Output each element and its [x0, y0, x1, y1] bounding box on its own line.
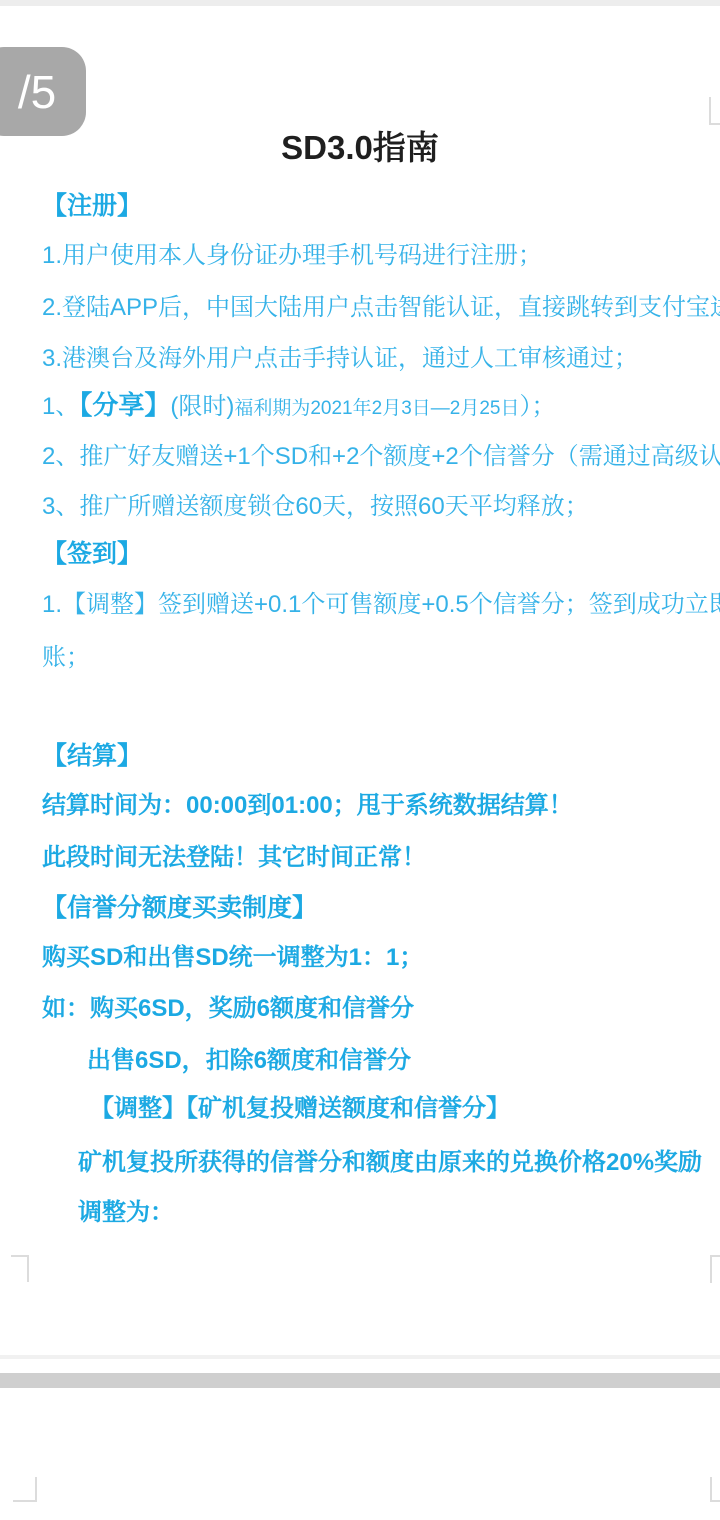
checkin-item-1-line-2: 账；	[42, 643, 90, 673]
register-item-3: 3.港澳台及海外用户点击手持认证，通过人工审核通过；	[42, 344, 638, 374]
page-gap-strip	[0, 1373, 720, 1388]
share-item-1-title: 【分享】	[79, 390, 170, 420]
share-item-1-number: 1、	[42, 393, 79, 420]
register-item-2: 2.登陆APP后，中国大陆用户点击智能认证，直接跳转到支付宝进行刷脸认证，	[42, 293, 720, 323]
settlement-line-1: 结算时间为：00:00到01:00；甩于系统数据结算！	[42, 791, 573, 821]
page-count-label: /5	[18, 65, 56, 119]
credit-line-1: 购买SD和出售SD统一调整为1：1；	[42, 943, 423, 973]
credit-heading: 【信誉分额度买卖制度】	[42, 893, 317, 923]
credit-line-3: 出售6SD，扣除6额度和信誉分	[87, 1046, 411, 1076]
page-corner-mark-top-right	[709, 97, 720, 125]
share-item-3: 3、推广所赠送额度锁仓60天，按照60天平均释放；	[42, 492, 589, 522]
page-bottom-edge	[0, 1355, 720, 1359]
settlement-line-2: 此段时间无法登陆！其它时间正常！	[42, 843, 426, 873]
image-viewer[interactable]: /5 SD3.0指南 【注册】 1.用户使用本人身份证办理手机号码进行注册； 2…	[0, 0, 720, 1520]
share-item-1: 1、【分享】(限时)福利期为2021年2月3日—2月25日）；	[42, 390, 555, 424]
page-count-badge: /5	[0, 47, 86, 136]
checkin-heading: 【签到】	[42, 539, 142, 569]
share-item-1-limited: (限时)	[170, 393, 234, 420]
share-item-1-period: 福利期为2021年2月3日—2月25日	[234, 398, 519, 419]
page-title: SD3.0指南	[0, 128, 720, 168]
credit-line-5: 矿机复投所获得的信誉分和额度由原来的兑换价格20%奖励	[78, 1148, 702, 1178]
credit-line-6: 调整为：	[78, 1198, 174, 1228]
share-item-2: 2、推广好友赠送+1个SD和+2个额度+2个信誉分（需通过高级认证）；	[42, 442, 720, 472]
settlement-heading: 【结算】	[42, 741, 142, 771]
page-corner-mark-bottom-right	[710, 1477, 720, 1502]
page-corner-mark-bottom-left	[13, 1477, 37, 1502]
credit-line-2: 如：购买6SD，奖励6额度和信誉分	[42, 994, 414, 1024]
credit-line-4: 【调整】【矿机复投赠送额度和信誉分】	[90, 1094, 510, 1124]
register-item-1: 1.用户使用本人身份证办理手机号码进行注册；	[42, 241, 542, 271]
page-corner-mark-next-top-left	[11, 1255, 29, 1282]
page-corner-mark-next-top-right	[710, 1255, 720, 1283]
checkin-item-1-line-1: 1.【调整】签到赠送+0.1个可售额度+0.5个信誉分；签到成功立即到	[42, 590, 720, 620]
share-item-1-tail: ）；	[519, 393, 555, 420]
top-edge-strip	[0, 0, 720, 6]
register-heading: 【注册】	[42, 191, 142, 221]
